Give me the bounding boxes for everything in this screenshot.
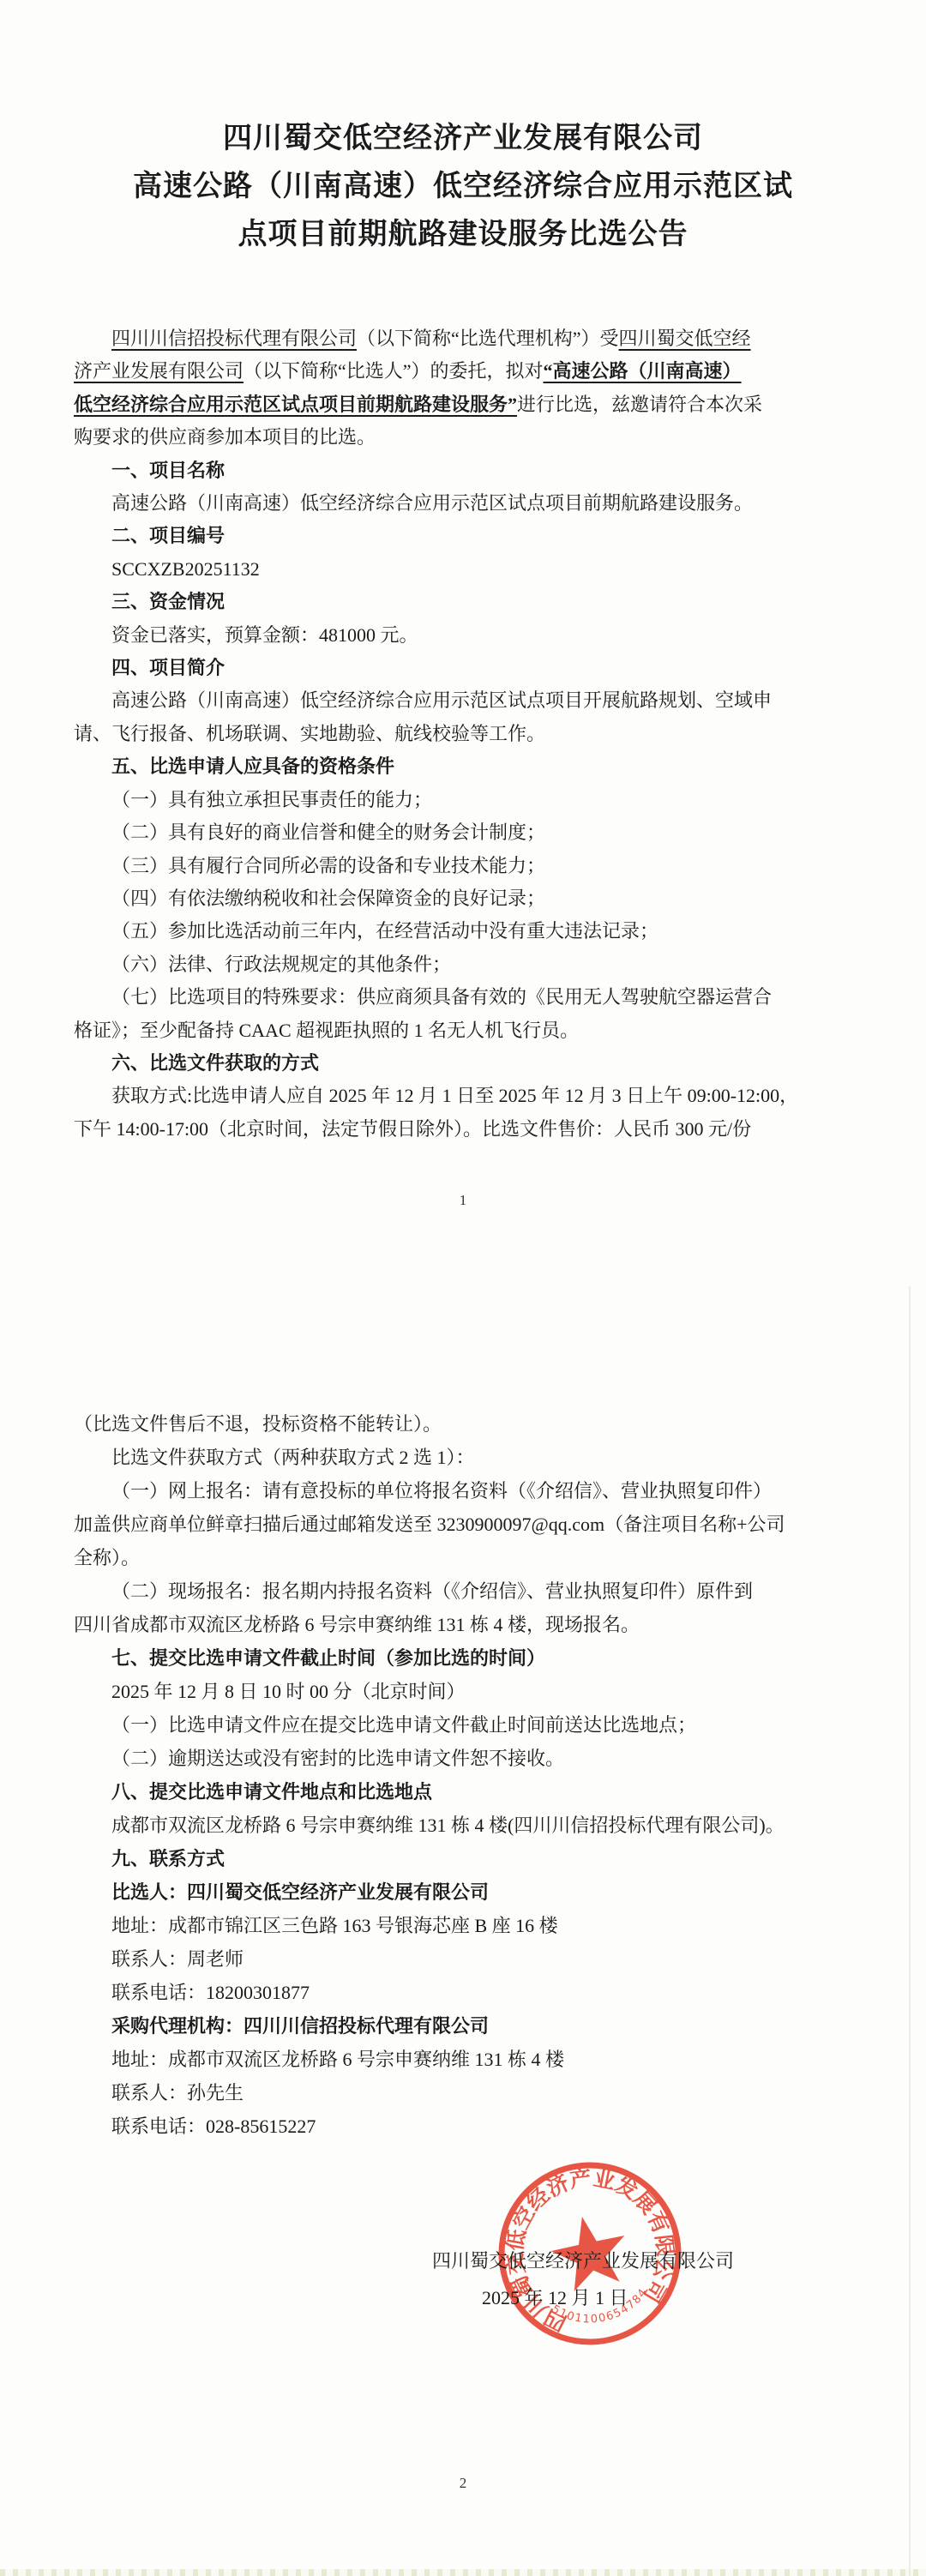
text-line: 六、比选文件获取的方式 bbox=[74, 1047, 861, 1080]
text-line: （二）具有良好的商业信誉和健全的财务会计制度； bbox=[74, 816, 861, 849]
text-segment: 低空经济综合应用示范区试点项目前期航路建设服务” bbox=[74, 394, 517, 415]
text-line: 比选人：四川蜀交低空经济产业发展有限公司 bbox=[74, 1875, 861, 1909]
text-line: 比选文件获取方式（两种获取方式 2 选 1）： bbox=[74, 1441, 861, 1474]
text-segment: （二）现场报名：报名期内持报名资料（《介绍信》、营业执照复印件）原件到 bbox=[111, 1580, 753, 1602]
text-segment: （六）法律、行政法规规定的其他条件； bbox=[111, 954, 451, 975]
text-segment: 购要求的供应商参加本项目的比选。 bbox=[74, 426, 376, 448]
text-segment: “高速公路（川南高速） bbox=[544, 360, 742, 382]
title-line: 高速公路（川南高速）低空经济综合应用示范区试 bbox=[0, 163, 926, 211]
text-segment: 四川蜀交低空经 bbox=[619, 328, 751, 349]
text-segment: 下午 14:00-17:00（北京时间，法定节假日除外）。比选文件售价：人民币 … bbox=[74, 1118, 751, 1140]
title-line: 点项目前期航路建设服务比选公告 bbox=[0, 211, 926, 259]
text-segment: （比选文件售后不退，投标资格不能转让）。 bbox=[74, 1413, 442, 1435]
text-segment: 2025 年 12 月 8 日 10 时 00 分（北京时间） bbox=[111, 1681, 466, 1702]
text-segment: （三）具有履行合同所必需的设备和专业技术能力； bbox=[111, 855, 545, 876]
text-segment: 一、项目名称 bbox=[111, 460, 225, 481]
text-line: 高速公路（川南高速）低空经济综合应用示范区试点项目开展航路规划、空域申 bbox=[74, 684, 861, 717]
text-line: 联系电话：18200301877 bbox=[74, 1976, 861, 2009]
text-line: 格证》；至少配备持 CAAC 超视距执照的 1 名无人机飞行员。 bbox=[74, 1014, 861, 1047]
text-line: 联系人：孙先生 bbox=[74, 2076, 861, 2110]
text-line: SCCXZB20251132 bbox=[74, 553, 861, 586]
text-segment: 比选人：四川蜀交低空经济产业发展有限公司 bbox=[111, 1881, 489, 1903]
text-segment: （四）有依法缴纳税收和社会保障资金的良好记录； bbox=[111, 888, 545, 909]
text-line: 四川省成都市双流区龙桥路 6 号宗申赛纳维 131 栋 4 楼，现场报名。 bbox=[74, 1608, 861, 1641]
text-segment: 高速公路（川南高速）低空经济综合应用示范区试点项目开展航路规划、空域申 bbox=[111, 689, 772, 711]
text-segment: 联系电话：18200301877 bbox=[111, 1982, 310, 2003]
signature-block: 四川蜀交低空经济产业发展有限公司 2025 年 12 月 1 日 bbox=[432, 2243, 775, 2316]
text-segment: （二）具有良好的商业信誉和健全的财务会计制度； bbox=[111, 822, 545, 843]
text-line: 下午 14:00-17:00（北京时间，法定节假日除外）。比选文件售价：人民币 … bbox=[74, 1113, 861, 1146]
text-segment: 四、项目简介 bbox=[111, 657, 225, 678]
scan-bottom-artifact bbox=[0, 2569, 926, 2576]
text-segment: 六、比选文件获取的方式 bbox=[111, 1052, 319, 1074]
text-segment: （一）具有独立承担民事责任的能力； bbox=[111, 789, 432, 810]
text-line: 地址：成都市双流区龙桥路 6 号宗申赛纳维 131 栋 4 楼 bbox=[74, 2043, 861, 2076]
text-line: 五、比选申请人应具备的资格条件 bbox=[74, 750, 861, 783]
text-line: 加盖供应商单位鲜章扫描后通过邮箱发送至 3230900097@qq.com（备注… bbox=[74, 1508, 861, 1541]
scan-edge-artifact bbox=[909, 1286, 911, 2576]
title-line: 四川蜀交低空经济产业发展有限公司 bbox=[0, 115, 926, 163]
document-page: 四川蜀交低空经济产业发展有限公司高速公路（川南高速）低空经济综合应用示范区试点项… bbox=[0, 0, 926, 2576]
page-number-2: 2 bbox=[0, 2475, 926, 2492]
text-line: （比选文件售后不退，投标资格不能转让）。 bbox=[74, 1407, 861, 1441]
text-line: 低空经济综合应用示范区试点项目前期航路建设服务”进行比选，兹邀请符合本次采 bbox=[74, 388, 861, 421]
text-line: （三）具有履行合同所必需的设备和专业技术能力； bbox=[74, 850, 861, 882]
text-segment: （一）网上报名：请有意投标的单位将报名资料（《介绍信》、营业执照复印件） bbox=[111, 1480, 772, 1502]
signature-company: 四川蜀交低空经济产业发展有限公司 bbox=[432, 2243, 775, 2280]
text-segment: 四川川信招投标代理有限公司 bbox=[111, 328, 357, 349]
text-segment: 联系电话：028-85615227 bbox=[111, 2116, 316, 2137]
text-segment: 联系人：孙先生 bbox=[111, 2082, 244, 2104]
text-segment: 五、比选申请人应具备的资格条件 bbox=[111, 755, 394, 777]
document-title: 四川蜀交低空经济产业发展有限公司高速公路（川南高速）低空经济综合应用示范区试点项… bbox=[0, 115, 926, 259]
text-line: 二、项目编号 bbox=[74, 520, 861, 552]
text-line: 采购代理机构：四川川信招投标代理有限公司 bbox=[74, 2009, 861, 2043]
page1-body: 四川川信招投标代理有限公司（以下简称“比选代理机构”）受四川蜀交低空经济产业发展… bbox=[74, 322, 861, 1146]
signature-date: 2025 年 12 月 1 日 bbox=[432, 2280, 775, 2317]
text-line: 九、联系方式 bbox=[74, 1842, 861, 1875]
text-segment: 全称）。 bbox=[74, 1547, 140, 1568]
text-line: （六）法律、行政法规规定的其他条件； bbox=[74, 948, 861, 981]
text-line: 全称）。 bbox=[74, 1541, 861, 1574]
text-line: 一、项目名称 bbox=[74, 454, 861, 487]
text-segment: 联系人：周老师 bbox=[111, 1948, 244, 1970]
text-line: （一）具有独立承担民事责任的能力； bbox=[74, 784, 861, 816]
text-line: （四）有依法缴纳税收和社会保障资金的良好记录； bbox=[74, 882, 861, 915]
text-line: （二）逾期送达或没有密封的比选申请文件恕不接收。 bbox=[74, 1742, 861, 1775]
text-line: 资金已落实，预算金额：481000 元。 bbox=[74, 619, 861, 652]
text-line: 四、项目简介 bbox=[74, 652, 861, 684]
text-segment: 成都市双流区龙桥路 6 号宗申赛纳维 131 栋 4 楼(四川川信招投标代理有限… bbox=[111, 1815, 785, 1836]
text-line: 购要求的供应商参加本项目的比选。 bbox=[74, 421, 861, 454]
text-segment: 请、飞行报备、机场联调、实地勘验、航线校验等工作。 bbox=[74, 723, 545, 744]
text-line: 地址：成都市锦江区三色路 163 号银海芯座 B 座 16 楼 bbox=[74, 1909, 861, 1942]
text-line: （二）现场报名：报名期内持报名资料（《介绍信》、营业执照复印件）原件到 bbox=[74, 1574, 861, 1608]
text-segment: SCCXZB20251132 bbox=[111, 558, 260, 580]
text-line: 七、提交比选申请文件截止时间（参加比选的时间） bbox=[74, 1641, 861, 1675]
text-segment: （以下简称“比选代理机构”）受 bbox=[357, 328, 619, 349]
text-line: 八、提交比选申请文件地点和比选地点 bbox=[74, 1775, 861, 1809]
text-line: 联系电话：028-85615227 bbox=[74, 2110, 861, 2143]
text-line: 三、资金情况 bbox=[74, 586, 861, 618]
text-segment: （一）比选申请文件应在提交比选申请文件截止时间前送达比选地点； bbox=[111, 1714, 696, 1736]
text-segment: 进行比选，兹邀请符合本次采 bbox=[517, 394, 762, 415]
text-segment: （二）逾期送达或没有密封的比选申请文件恕不接收。 bbox=[111, 1748, 564, 1769]
text-line: （一）比选申请文件应在提交比选申请文件截止时间前送达比选地点； bbox=[74, 1708, 861, 1742]
page2-body: （比选文件售后不退，投标资格不能转让）。比选文件获取方式（两种获取方式 2 选 … bbox=[74, 1407, 861, 2143]
text-segment: 获取方式:比选申请人应自 2025 年 12 月 1 日至 2025 年 12 … bbox=[111, 1085, 798, 1106]
text-segment: 八、提交比选申请文件地点和比选地点 bbox=[111, 1781, 432, 1803]
text-segment: 七、提交比选申请文件截止时间（参加比选的时间） bbox=[111, 1647, 545, 1669]
text-segment: 采购代理机构：四川川信招投标代理有限公司 bbox=[111, 2015, 489, 2037]
text-line: 高速公路（川南高速）低空经济综合应用示范区试点项目前期航路建设服务。 bbox=[74, 487, 861, 520]
text-line: 获取方式:比选申请人应自 2025 年 12 月 1 日至 2025 年 12 … bbox=[74, 1080, 861, 1112]
text-segment: 四川省成都市双流区龙桥路 6 号宗申赛纳维 131 栋 4 楼，现场报名。 bbox=[74, 1614, 640, 1635]
text-segment: 三、资金情况 bbox=[111, 591, 225, 612]
text-segment: 资金已落实，预算金额：481000 元。 bbox=[111, 624, 418, 646]
text-segment: 加盖供应商单位鲜章扫描后通过邮箱发送至 3230900097@qq.com（备注… bbox=[74, 1514, 785, 1535]
text-line: （七）比选项目的特殊要求：供应商须具备有效的《民用无人驾驶航空器运营合 bbox=[74, 981, 861, 1014]
text-segment: （五）参加比选活动前三年内，在经营活动中没有重大违法记录； bbox=[111, 920, 658, 942]
text-line: 联系人：周老师 bbox=[74, 1942, 861, 1976]
text-segment: 地址：成都市锦江区三色路 163 号银海芯座 B 座 16 楼 bbox=[111, 1915, 558, 1936]
text-segment: （以下简称“比选人”）的委托，拟对 bbox=[244, 360, 544, 382]
text-line: 济产业发展有限公司（以下简称“比选人”）的委托，拟对“高速公路（川南高速） bbox=[74, 355, 861, 388]
text-line: （五）参加比选活动前三年内，在经营活动中没有重大违法记录； bbox=[74, 915, 861, 948]
page-number-1: 1 bbox=[0, 1192, 926, 1209]
text-segment: 比选文件获取方式（两种获取方式 2 选 1）： bbox=[111, 1447, 475, 1468]
text-line: （一）网上报名：请有意投标的单位将报名资料（《介绍信》、营业执照复印件） bbox=[74, 1474, 861, 1508]
text-segment: 格证》；至少配备持 CAAC 超视距执照的 1 名无人机飞行员。 bbox=[74, 1020, 579, 1041]
text-segment: （七）比选项目的特殊要求：供应商须具备有效的《民用无人驾驶航空器运营合 bbox=[111, 986, 772, 1008]
text-line: 2025 年 12 月 8 日 10 时 00 分（北京时间） bbox=[74, 1675, 861, 1708]
text-segment: 济产业发展有限公司 bbox=[74, 360, 244, 382]
text-line: 成都市双流区龙桥路 6 号宗申赛纳维 131 栋 4 楼(四川川信招投标代理有限… bbox=[74, 1809, 861, 1842]
text-line: 四川川信招投标代理有限公司（以下简称“比选代理机构”）受四川蜀交低空经 bbox=[74, 322, 861, 355]
text-segment: 二、项目编号 bbox=[111, 525, 225, 546]
text-segment: 地址：成都市双流区龙桥路 6 号宗申赛纳维 131 栋 4 楼 bbox=[111, 2049, 564, 2070]
text-line: 请、飞行报备、机场联调、实地勘验、航线校验等工作。 bbox=[74, 718, 861, 750]
text-segment: 九、联系方式 bbox=[111, 1848, 225, 1869]
text-segment: 高速公路（川南高速）低空经济综合应用示范区试点项目前期航路建设服务。 bbox=[111, 492, 753, 514]
